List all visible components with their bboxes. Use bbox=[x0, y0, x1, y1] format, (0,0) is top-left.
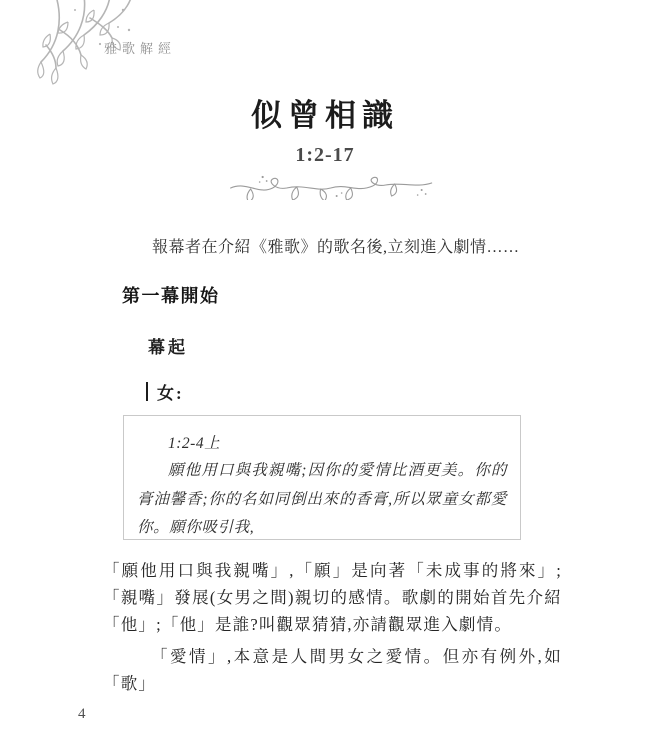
commentary-paragraph-2: 「愛情」,本意是人間男女之愛情。但亦有例外,如「歌」 bbox=[103, 643, 562, 697]
scripture-text: 願他用口與我親嘴;因你的愛情比酒更美。你的膏油馨香;你的名如同倒出來的香膏,所以… bbox=[137, 457, 507, 540]
scene-heading: 幕起 bbox=[148, 333, 188, 358]
vine-divider-icon bbox=[229, 170, 434, 200]
speaker-line: 女: bbox=[146, 379, 184, 404]
chapter-title: 似曾相識 bbox=[0, 90, 650, 135]
verse-range: 1:2-17 bbox=[0, 144, 650, 167]
scripture-reference: 1:2-4上 bbox=[137, 431, 507, 457]
book-page: 雅歌解經 似曾相識 1:2-17 報幕者在介紹《雅歌》的歌名後,立刻進入劇情……… bbox=[0, 0, 650, 750]
speaker-bar-icon bbox=[146, 382, 148, 401]
intro-paragraph: 報幕者在介紹《雅歌》的歌名後,立刻進入劇情…… bbox=[120, 236, 558, 260]
running-header: 雅歌解經 bbox=[104, 38, 176, 57]
act-heading: 第一幕開始 bbox=[122, 282, 220, 308]
speaker-label: 女: bbox=[157, 379, 184, 404]
scripture-box: 1:2-4上 願他用口與我親嘴;因你的愛情比酒更美。你的膏油馨香;你的名如同倒出… bbox=[123, 415, 521, 540]
commentary-paragraph-1: 「願他用口與我親嘴」,「願」是向著「未成事的將來」;「親嘴」發展(女男之間)親切… bbox=[103, 557, 562, 638]
page-number: 4 bbox=[78, 706, 86, 723]
